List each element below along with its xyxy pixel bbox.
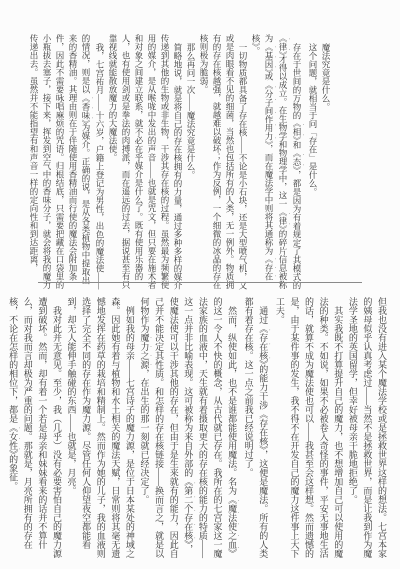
paragraph: 存在于世间的万物的《相》・・和《态》・・，都是因为有着规定了其模式的《律》・・才… [249, 34, 306, 289]
paragraph: 例如我的母亲——七宫诗子的魔力源，是位于日本某处的神域之森。因此她有着与植物和水… [64, 297, 137, 562]
ruby-text: ・・ [302, 149, 307, 170]
page-divider-line [38, 282, 362, 283]
ruby-text: ・・ [288, 34, 293, 55]
ruby-text: ・・ [288, 208, 293, 229]
paragraph: 通过《存在核》・・・的能力干涉《存在核》，这便是魔法。所有的人类都有着存在核。这… [241, 297, 272, 562]
ruby-text: ・・・ [268, 324, 273, 365]
ruby-annotated-term: 《女性》・・・ [8, 423, 18, 455]
ruby-annotated-term: 《分子间作用力》・・・・・ [264, 81, 274, 145]
paragraph: 我对此并无意见。至少，我（几乎）没有必要害怕自己的魔力源遭到破坏。然而，却有着一… [6, 297, 64, 562]
ruby-text: ・・・ [18, 423, 23, 455]
ruby-annotated-term: 《存在核》・・・ [258, 324, 268, 365]
ruby-annotated-term: 《律》・・ [278, 208, 288, 229]
ruby-text: ・・ [302, 119, 307, 140]
paragraph: 但我也没有进入某个魔法学校或是拯救世界这样的想法。七宫本家的姨母似乎认真考虑过—… [345, 297, 389, 562]
paragraph: 一切物质都具备了存在核——不论是小石块，还是大型喷气机，又或是肉眼看不见的细菌，… [197, 34, 249, 289]
ruby-annotated-term: 《第二个存在核》・・・・・ [183, 477, 193, 545]
ruby-text: ・・・・・ [193, 477, 198, 545]
paragraph: 这个问题，就相当于问「存在」是什么。 [306, 34, 319, 289]
ruby-text: ・・・ [91, 94, 96, 124]
paragraph: 魔法究竟是什么。 [319, 34, 332, 289]
top-page-text-block: 魔法究竟是什么。这个问题，就相当于问「存在」是什么。存在于世间的万物的《相》・・… [30, 34, 332, 289]
ruby-annotated-term: 《相》・・ [292, 119, 302, 140]
paragraph: 我，七宫祐月——十六岁，户籍上登记为男性，出色的魔法使——的情况，则是以《香味》… [27, 34, 106, 289]
ruby-annotated-term: 魔力之源・・・・ [140, 333, 150, 369]
ruby-annotated-term: 《态》・・ [292, 149, 302, 170]
novel-page: 魔法究竟是什么。这个问题，就相当于问「存在」是什么。存在于世间的万物的《相》・・… [0, 0, 400, 569]
bottom-page-text-block: 但我也没有进入某个魔法学校或是拯救世界这样的想法。七宫本家的姨母似乎认真考虑过—… [7, 297, 389, 562]
paragraph: 其实我既不打算提升自己的魔力，也不想增加自己可以使用的魔法的种类。不如说，如果不… [272, 297, 345, 562]
ruby-text: ・・・・・ [274, 81, 279, 145]
ruby-text: ・・・ [274, 255, 279, 281]
ruby-annotated-term: 《香味》・・・ [81, 94, 91, 124]
ruby-annotated-term: 《魔法使之血》・・・・・ [227, 495, 237, 554]
ruby-annotated-term: 《律》・・ [278, 34, 288, 55]
ruby-annotated-term: 《基因》・・・ [264, 43, 274, 73]
paragraph: 那么再问一次——魔法究竟是什么。 [184, 34, 197, 289]
ruby-text: ・・・・ [149, 333, 154, 369]
ruby-text: ・・・・・ [237, 495, 242, 554]
paragraph: 然而，纵使如此，也不是谁都能使用魔法。名为《魔法使之血》・・・・・的这一令人不快… [137, 297, 241, 562]
ruby-text: ・・・ [274, 43, 279, 73]
paragraph: 简略地说，就是将自己的存在核拥有的力量，通过多种多样的媒介传递到其他的生物或非生… [106, 34, 184, 289]
